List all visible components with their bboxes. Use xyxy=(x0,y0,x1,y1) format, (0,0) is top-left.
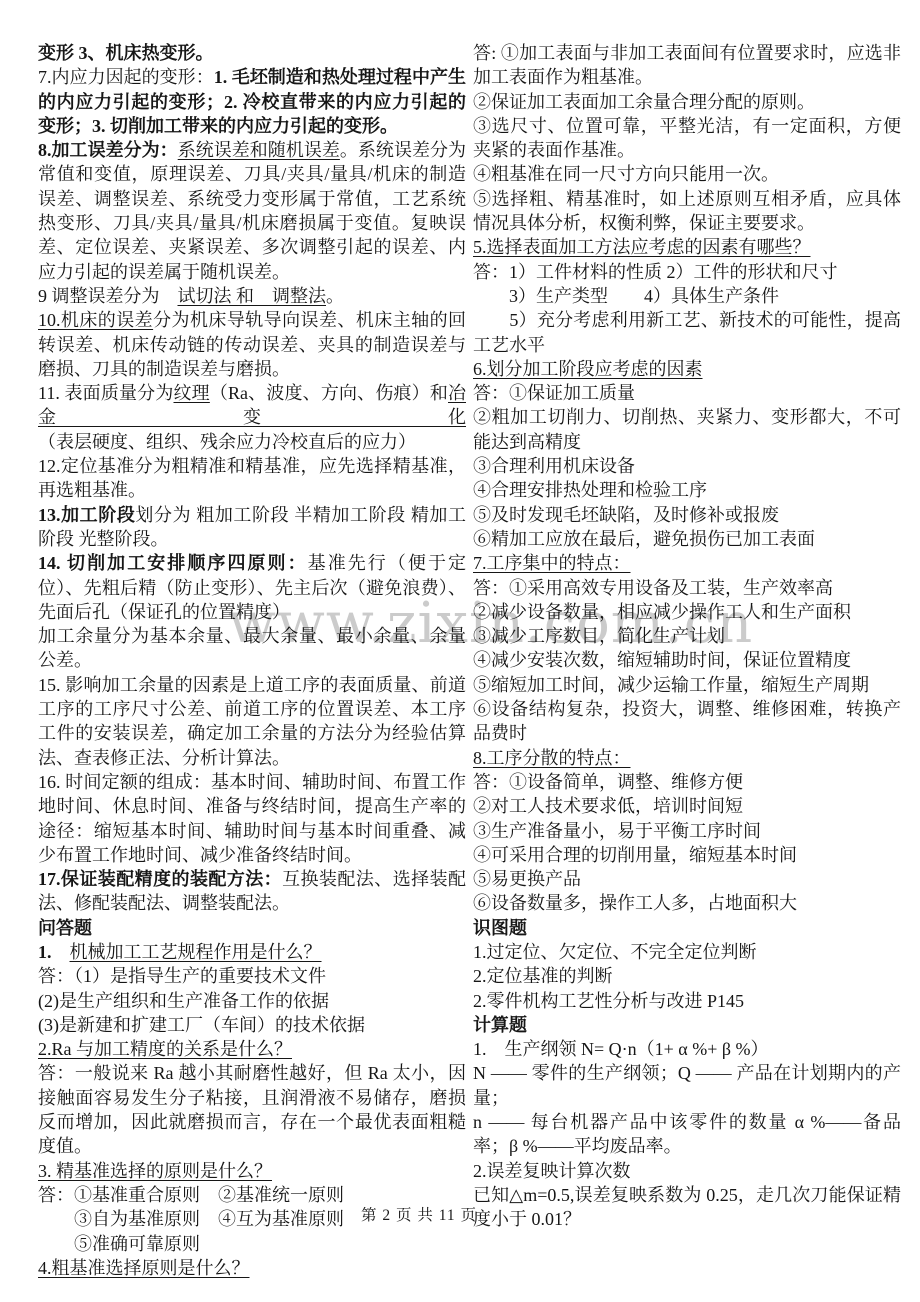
text-run: 9 调整误差分为 xyxy=(38,286,178,306)
text-run: ②减少设备数量，相应减少操作工人和生产面积 xyxy=(473,602,851,622)
text-run: 答：①保证加工质量 xyxy=(473,383,635,403)
text-run: 2.零件机构工艺性分析与改进 P145 xyxy=(473,991,744,1011)
paragraph: 5.选择表面加工方法应考虑的因素有哪些？ xyxy=(473,235,901,259)
paragraph: N —— 零件的生产纲领；Q —— 产品在计划期内的产量； xyxy=(473,1061,901,1110)
bold-text-run: 17.保证装配精度的装配方法： xyxy=(38,869,282,889)
text-run: 2.误差复映计算次数 xyxy=(473,1161,631,1181)
text-run: 答：①基准重合原则 ②基准统一原则 xyxy=(38,1185,344,1205)
paragraph: 答：①保证加工质量 xyxy=(473,381,901,405)
paragraph: ④粗基准在同一尺寸方向只能用一次。 xyxy=(473,162,901,186)
text-run: 答：1）工件材料的性质 2）工件的形状和尺寸 xyxy=(473,262,838,282)
paragraph: 1. 生产纲领 N= Q·n（1+ α %+ β %） xyxy=(473,1037,901,1061)
bold-text-run: 问答题 xyxy=(38,918,92,938)
text-run: 15. 影响加工余量的因素是上道工序的表面质量、前道工序的工序尺寸公差、前道工序… xyxy=(38,675,466,768)
paragraph: ②保证加工表面加工余量合理分配的原则。 xyxy=(473,90,901,114)
paragraph: ⑤缩短加工时间，减少运输工作量，缩短生产周期 xyxy=(473,673,901,697)
paragraph: ⑥设备结构复杂，投资大，调整、维修困难，转换产品费时 xyxy=(473,697,901,746)
text-run: （Ra、波度、方向、伤痕）和 xyxy=(210,383,448,403)
text-run: ②粗加工切削力、切削热、夹紧力、变形都大，不可能达到高精度 xyxy=(473,407,901,451)
paragraph: 2.零件机构工艺性分析与改进 P145 xyxy=(473,989,901,1013)
text-run: ⑥设备结构复杂，投资大，调整、维修困难，转换产品费时 xyxy=(473,699,901,743)
text-run: 答：①设备简单，调整、维修方便 xyxy=(473,772,743,792)
text-run: ③选尺寸、位置可靠，平整光洁，有一定面积，方便夹紧的表面作基准。 xyxy=(473,116,901,160)
paragraph: 答: ①加工表面与非加工表面间有位置要求时，应选非加工表面作为粗基准。 xyxy=(473,41,901,90)
text-run: ②对工人技术要求低，培训时间短 xyxy=(473,796,743,816)
text-run: 答：①采用高效专用设备及工装，生产效率高 xyxy=(473,578,833,598)
paragraph: ⑤选择粗、精基准时，如上述原则互相矛盾，应具体情况具体分析，权衡利弊，保证主要要… xyxy=(473,187,901,236)
paragraph: 16. 时间定额的组成：基本时间、辅助时间、布置工作地时间、休息时间、准备与终结… xyxy=(38,770,466,867)
text-run: ⑥设备数量多，操作工人多，占地面积大 xyxy=(473,893,797,913)
paragraph: 1.过定位、欠定位、不完全定位判断 xyxy=(473,940,901,964)
text-run: ③生产准备量小，易于平衡工序时间 xyxy=(473,821,761,841)
paragraph: ②减少设备数量，相应减少操作工人和生产面积 xyxy=(473,600,901,624)
bold-text-run: 识图题 xyxy=(473,918,527,938)
text-run: 5）充分考虑利用新工艺、新技术的可能性，提高工艺水平 xyxy=(473,310,901,354)
text-run: ④合理安排热处理和检验工序 xyxy=(473,480,707,500)
document-page: www.zixin.com.cn 变形 3、机床热变形。7.内应力因起的变形：1… xyxy=(0,0,920,1302)
text-run: 答: ①加工表面与非加工表面间有位置要求时，应选非加工表面作为粗基准。 xyxy=(473,43,901,87)
paragraph: ③合理利用机床设备 xyxy=(473,454,901,478)
bold-text-run: 变形 3、机床热变形。 xyxy=(38,43,214,63)
text-run: ⑤选择粗、精基准时，如上述原则互相矛盾，应具体情况具体分析，权衡利弊，保证主要要… xyxy=(473,189,901,233)
paragraph: ②粗加工切削力、切削热、夹紧力、变形都大，不可能达到高精度 xyxy=(473,405,901,454)
paragraph: 7.工序集中的特点： xyxy=(473,551,901,575)
text-run: ④可采用合理的切削用量，缩短基本时间 xyxy=(473,845,797,865)
paragraph: ⑤准确可靠原则 xyxy=(38,1232,466,1256)
text-run: ⑥精加工应放在最后，避免损伤已加工表面 xyxy=(473,529,815,549)
paragraph: 答：①设备简单，调整、维修方便 xyxy=(473,770,901,794)
paragraph: 2.定位基准的判断 xyxy=(473,964,901,988)
paragraph: 计算题 xyxy=(473,1013,901,1037)
bold-text-run: 13.加工阶段 xyxy=(38,505,135,525)
paragraph: ②对工人技术要求低，培训时间短 xyxy=(473,794,901,818)
paragraph: 3）生产类型 4）具体生产条件 xyxy=(473,284,901,308)
paragraph: ⑥设备数量多，操作工人多，占地面积大 xyxy=(473,891,901,915)
text-run: 12.定位基准分为粗精准和精基准，应先选择精基准，再选粗基准。 xyxy=(38,456,466,500)
underlined-text-run: 系统误差和随机误差 xyxy=(178,140,340,160)
underlined-text-run: 机械加工工艺规程作用是什么？ xyxy=(70,942,322,962)
text-run: 。 xyxy=(326,286,344,306)
paragraph: 2.Ra 与加工精度的关系是什么？ xyxy=(38,1037,466,1061)
bold-text-run: 1. xyxy=(38,942,52,962)
page-number-footer: 第 2 页 共 11 页 xyxy=(0,1203,838,1225)
text-run: n —— 每台机器产品中该零件的数量 α %——备品率；β %——平均废品率。 xyxy=(473,1112,901,1156)
text-run: 答：一般说来 Ra 越小其耐磨性越好，但 Ra 太小，因接触面容易发生分子粘接，… xyxy=(38,1063,466,1156)
paragraph: 6.划分加工阶段应考虑的因素 xyxy=(473,357,901,381)
underlined-text-run: 2.Ra 与加工精度的关系是什么？ xyxy=(38,1039,292,1059)
paragraph: 14. 切削加工安排顺序四原则：基准先行（便于定位）、先粗后精（防止变形）、先主… xyxy=(38,551,466,624)
paragraph: 识图题 xyxy=(473,916,901,940)
text-run: ④粗基准在同一尺寸方向只能用一次。 xyxy=(473,164,779,184)
text-run: 2.定位基准的判断 xyxy=(473,966,613,986)
text-run: (2)是生产组织和生产准备工作的依据 xyxy=(38,991,329,1011)
text-run: 16. 时间定额的组成：基本时间、辅助时间、布置工作地时间、休息时间、准备与终结… xyxy=(38,772,466,865)
paragraph: (3)是新建和扩建工厂（车间）的技术依据 xyxy=(38,1013,466,1037)
text-run: 11. 表面质量分为 xyxy=(38,383,174,403)
paragraph: 5）充分考虑利用新工艺、新技术的可能性，提高工艺水平 xyxy=(473,308,901,357)
bold-text-run: 14. 切削加工安排顺序四原则： xyxy=(38,553,308,573)
paragraph: 答：①采用高效专用设备及工装，生产效率高 xyxy=(473,576,901,600)
paragraph: 8.工序分散的特点： xyxy=(473,746,901,770)
text-run: （表层硬度、组织、残余应力冷校直后的应力） xyxy=(38,432,416,452)
text-run: ④减少安装次数，缩短辅助时间，保证位置精度 xyxy=(473,650,851,670)
underlined-text-run: 6.划分加工阶段应考虑的因素 xyxy=(473,359,703,379)
underlined-text-run: 7.工序集中的特点： xyxy=(473,553,631,573)
text-columns: 变形 3、机床热变形。7.内应力因起的变形：1. 毛坯制造和热处理过程中产生的内… xyxy=(38,41,902,1280)
paragraph: ⑤易更换产品 xyxy=(473,867,901,891)
bold-text-run: 计算题 xyxy=(473,1015,527,1035)
paragraph: n —— 每台机器产品中该零件的数量 α %——备品率；β %——平均废品率。 xyxy=(473,1110,901,1159)
text-run: 7.内应力因起的变形： xyxy=(38,67,214,87)
paragraph: 答：1）工件材料的性质 2）工件的形状和尺寸 xyxy=(473,260,901,284)
text-run: ⑤准确可靠原则 xyxy=(38,1234,200,1254)
paragraph: ④减少安装次数，缩短辅助时间，保证位置精度 xyxy=(473,648,901,672)
paragraph: 答：一般说来 Ra 越小其耐磨性越好，但 Ra 太小，因接触面容易发生分子粘接，… xyxy=(38,1061,466,1158)
text-run: 。系统误差分为常值和变值，原理误差、刀具/夹具/量具/机床的制造误差、调整误差、… xyxy=(38,140,466,281)
paragraph: 4.粗基准选择原则是什么？ xyxy=(38,1256,466,1280)
text-run: ⑤易更换产品 xyxy=(473,869,581,889)
text-run: ②保证加工表面加工余量合理分配的原则。 xyxy=(473,92,815,112)
paragraph: (2)是生产组织和生产准备工作的依据 xyxy=(38,989,466,1013)
left-column: 变形 3、机床热变形。7.内应力因起的变形：1. 毛坯制造和热处理过程中产生的内… xyxy=(38,41,466,1280)
text-run: 答：（1）是指导生产的重要技术文件 xyxy=(38,966,326,986)
text-run: ③减少工序数目，简化生产计划 xyxy=(473,626,725,646)
underlined-text-run: 5.选择表面加工方法应考虑的因素有哪些？ xyxy=(473,237,811,257)
paragraph: 3. 精基准选择的原则是什么？ xyxy=(38,1159,466,1183)
paragraph: 11. 表面质量分为纹理（Ra、波度、方向、伤痕）和冶金变化（表层硬度、组织、残… xyxy=(38,381,466,454)
paragraph: 15. 影响加工余量的因素是上道工序的表面质量、前道工序的工序尺寸公差、前道工序… xyxy=(38,673,466,770)
paragraph: 问答题 xyxy=(38,916,466,940)
paragraph: 答：（1）是指导生产的重要技术文件 xyxy=(38,964,466,988)
paragraph: 1. 机械加工工艺规程作用是什么？ xyxy=(38,940,466,964)
underlined-text-run: 8.工序分散的特点： xyxy=(473,748,631,768)
text-run: ⑤缩短加工时间，减少运输工作量，缩短生产周期 xyxy=(473,675,869,695)
underlined-text-run: 4.粗基准选择原则是什么？ xyxy=(38,1258,250,1278)
paragraph: 加工余量分为基本余量、最大余量、最小余量、余量公差。 xyxy=(38,624,466,673)
paragraph: 2.误差复映计算次数 xyxy=(473,1159,901,1183)
text-run: 1.过定位、欠定位、不完全定位判断 xyxy=(473,942,757,962)
text-run: 加工余量分为基本余量、最大余量、最小余量、余量公差。 xyxy=(38,626,466,670)
text-run: (3)是新建和扩建工厂（车间）的技术依据 xyxy=(38,1015,365,1035)
text-run: N —— 零件的生产纲领；Q —— 产品在计划期内的产量； xyxy=(473,1063,901,1107)
text-run: ⑤及时发现毛坯缺陷，及时修补或报废 xyxy=(473,505,779,525)
paragraph: 10.机床的误差分为机床导轨导向误差、机床主轴的回转误差、机床传动链的传动误差、… xyxy=(38,308,466,381)
paragraph: 7.内应力因起的变形：1. 毛坯制造和热处理过程中产生的内应力引起的变形；2. … xyxy=(38,65,466,138)
text-run: 1. 生产纲领 N= Q·n（1+ α %+ β %） xyxy=(473,1039,769,1059)
paragraph: 17.保证装配精度的装配方法：互换装配法、选择装配法、修配装配法、调整装配法。 xyxy=(38,867,466,916)
paragraph: ④可采用合理的切削用量，缩短基本时间 xyxy=(473,843,901,867)
text-run: 3）生产类型 4）具体生产条件 xyxy=(473,286,779,306)
paragraph: ③生产准备量小，易于平衡工序时间 xyxy=(473,819,901,843)
paragraph: ⑥精加工应放在最后，避免损伤已加工表面 xyxy=(473,527,901,551)
underlined-text-run: 纹理 xyxy=(174,383,210,403)
text-run: ③合理利用机床设备 xyxy=(473,456,635,476)
paragraph: 13.加工阶段划分为 粗加工阶段 半精加工阶段 精加工阶段 光整阶段。 xyxy=(38,503,466,552)
paragraph: 12.定位基准分为粗精准和精基准，应先选择精基准，再选粗基准。 xyxy=(38,454,466,503)
paragraph: ③选尺寸、位置可靠，平整光洁，有一定面积，方便夹紧的表面作基准。 xyxy=(473,114,901,163)
underlined-text-run: 试切法 和 调整法 xyxy=(178,286,327,306)
paragraph: 9 调整误差分为 试切法 和 调整法。 xyxy=(38,284,466,308)
paragraph: 8.加工误差分为：系统误差和随机误差。系统误差分为常值和变值，原理误差、刀具/夹… xyxy=(38,138,466,284)
bold-text-run: 8.加工误差分为： xyxy=(38,140,178,160)
paragraph: 变形 3、机床热变形。 xyxy=(38,41,466,65)
paragraph: ③减少工序数目，简化生产计划 xyxy=(473,624,901,648)
underlined-text-run: 3. 精基准选择的原则是什么？ xyxy=(38,1161,272,1181)
text-run xyxy=(52,942,70,962)
underlined-text-run: 10.机床的误差 xyxy=(38,310,153,330)
right-column: 答: ①加工表面与非加工表面间有位置要求时，应选非加工表面作为粗基准。②保证加工… xyxy=(473,41,901,1280)
paragraph: ⑤及时发现毛坯缺陷，及时修补或报废 xyxy=(473,503,901,527)
paragraph: ④合理安排热处理和检验工序 xyxy=(473,478,901,502)
